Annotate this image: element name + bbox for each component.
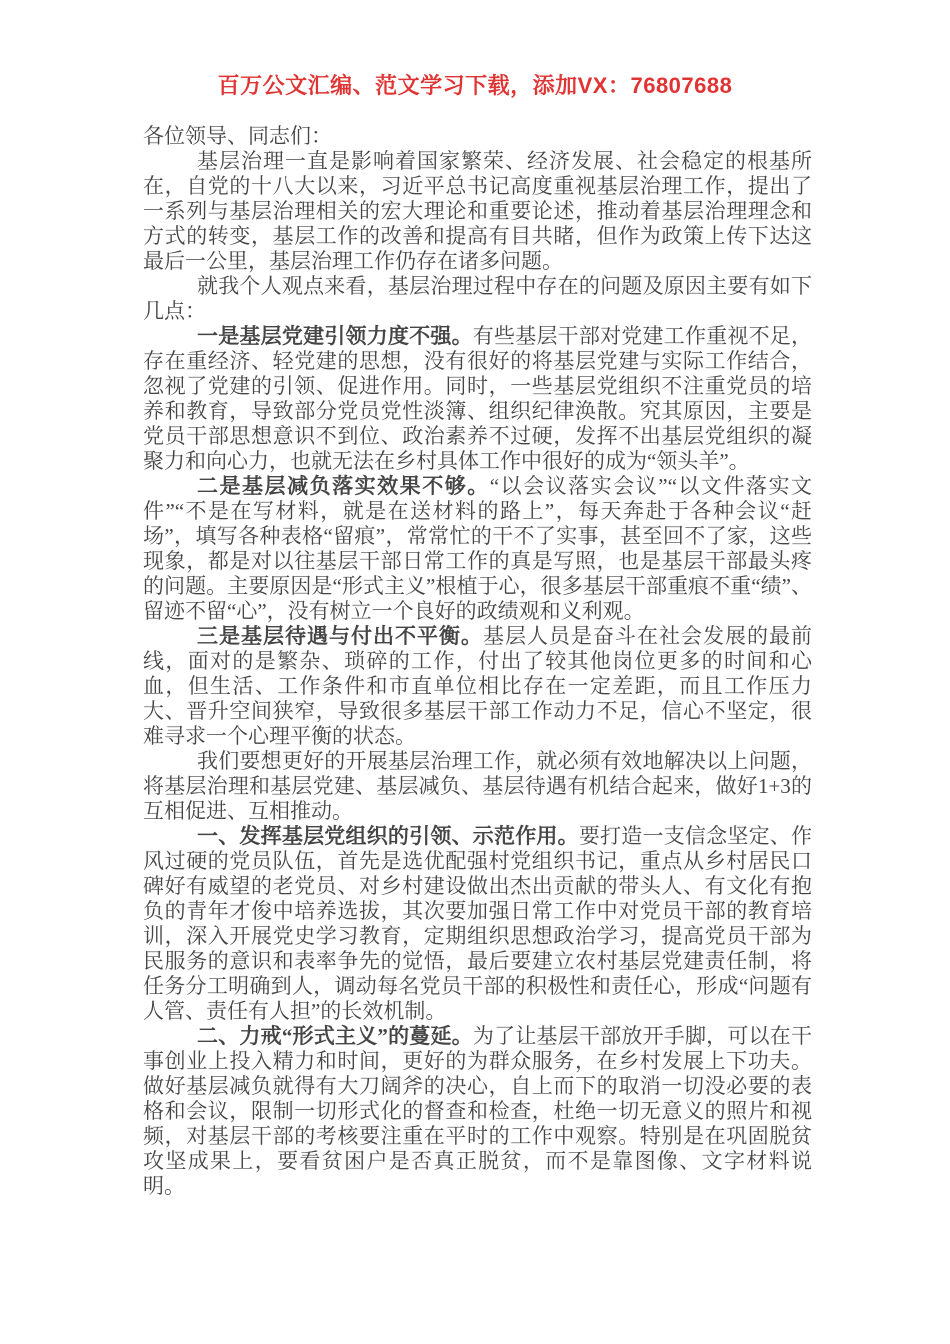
document-page: 百万公文汇编、范文学习下载，添加VX：76807688 各位领导、同志们：基层治…: [0, 0, 950, 1344]
paragraph: 各位领导、同志们：: [143, 124, 812, 149]
paragraph: 二是基层减负落实效果不够。“以会议落实会议”“以文件落实文件”“不是在写材料，就…: [143, 474, 812, 624]
paragraph-bold-lead: 三是基层待遇与付出不平衡。: [197, 624, 483, 648]
paragraph-bold-lead: 一、发挥基层党组织的引领、示范作用。: [197, 824, 579, 848]
paragraph-text-run: 各位领导、同志们：: [143, 124, 332, 148]
paragraph: 三是基层待遇与付出不平衡。基层人员是奋斗在社会发展的最前线，面对的是繁杂、琐碎的…: [143, 624, 812, 749]
paragraph: 一、发挥基层党组织的引领、示范作用。要打造一支信念坚定、作风过硬的党员队伍，首先…: [143, 824, 812, 1024]
paragraph-text-run: 就我个人观点来看，基层治理过程中存在的问题及原因主要有如下几点：: [143, 274, 812, 323]
paragraph-bold-lead: 二是基层减负落实效果不够。: [197, 474, 490, 498]
paragraph-text-run: 我们要想更好的开展基层治理工作，就必须有效地解决以上问题，将基层治理和基层党建、…: [143, 749, 812, 823]
paragraph-text-run: 基层治理一直是影响着国家繁荣、经济发展、社会稳定的根基所在，自党的十八大以来，习…: [143, 149, 812, 273]
paragraph: 基层治理一直是影响着国家繁荣、经济发展、社会稳定的根基所在，自党的十八大以来，习…: [143, 149, 812, 274]
paragraph-text-run: 为了让基层干部放开手脚，可以在干事创业上投入精力和时间，更好的为群众服务，在乡村…: [143, 1024, 812, 1198]
paragraph: 就我个人观点来看，基层治理过程中存在的问题及原因主要有如下几点：: [143, 274, 812, 324]
document-body: 各位领导、同志们：基层治理一直是影响着国家繁荣、经济发展、社会稳定的根基所在，自…: [143, 124, 812, 1199]
paragraph-text-run: 要打造一支信念坚定、作风过硬的党员队伍，首先是选优配强村党组织书记，重点从乡村居…: [143, 824, 812, 1023]
paragraph: 二、力戒“形式主义”的蔓延。为了让基层干部放开手脚，可以在干事创业上投入精力和时…: [143, 1024, 812, 1199]
paragraph: 一是基层党建引领力度不强。有些基层干部对党建工作重视不足，存在重经济、轻党建的思…: [143, 324, 812, 474]
watermark-notice: 百万公文汇编、范文学习下载，添加VX：76807688: [0, 69, 950, 100]
paragraph-bold-lead: 二、力戒“形式主义”的蔓延。: [197, 1024, 473, 1048]
paragraph: 我们要想更好的开展基层治理工作，就必须有效地解决以上问题，将基层治理和基层党建、…: [143, 749, 812, 824]
paragraph-bold-lead: 一是基层党建引领力度不强。: [197, 324, 473, 348]
